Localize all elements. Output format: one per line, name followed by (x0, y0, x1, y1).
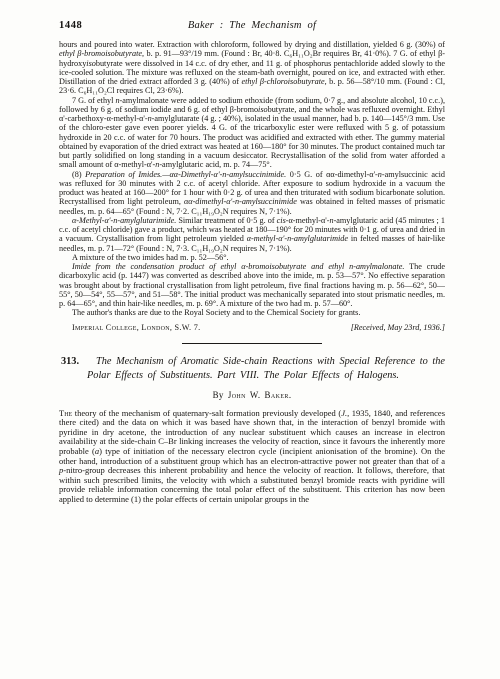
acknowledgement: The author's thanks are due to the Royal… (59, 308, 445, 317)
experimental-paragraph: hours and poured into water. Extraction … (59, 40, 445, 96)
experimental-paragraph: 7 G. of ethyl n-amylmalonate were added … (59, 96, 445, 170)
affiliation: Imperial College, London, S.W. 7. (59, 323, 200, 332)
glutarimide-paragraph: α-Methyl-α'-n-amylglutarimide. Similar t… (59, 216, 445, 253)
article-title: 313. The Mechanism of Aromatic Side-chai… (87, 355, 445, 383)
page-header: 1448 Baker : The Mechanism of (59, 20, 445, 33)
imide-condensation-paragraph: Imide from the condensation product of e… (59, 262, 445, 308)
journal-page: 1448 Baker : The Mechanism of hours and … (0, 0, 500, 679)
article-body-paragraph: The theory of the mechanism of quaternar… (59, 409, 445, 505)
running-title: Baker : The Mechanism of (59, 20, 445, 31)
new-article-section: 313. The Mechanism of Aromatic Side-chai… (59, 355, 445, 505)
section-divider-rule (182, 343, 322, 344)
previous-article-section: hours and poured into water. Extraction … (59, 40, 445, 332)
imides-preparation-paragraph: (8) Preparation of Imides.—αα-Dimethyl-α… (59, 170, 445, 216)
byline: By John W. Baker. (59, 390, 445, 400)
page-content: hours and poured into water. Extraction … (59, 40, 445, 513)
mixture-note-paragraph: A mixture of the two imides had m. p. 52… (59, 253, 445, 262)
page-number: 1448 (59, 20, 82, 31)
article-number: 313. (61, 355, 79, 369)
article-title-text: The Mechanism of Aromatic Side-chain Rea… (87, 356, 445, 381)
received-date: [Received, May 23rd, 1936.] (351, 323, 445, 332)
article-footline: Imperial College, London, S.W. 7. [Recei… (59, 323, 445, 332)
